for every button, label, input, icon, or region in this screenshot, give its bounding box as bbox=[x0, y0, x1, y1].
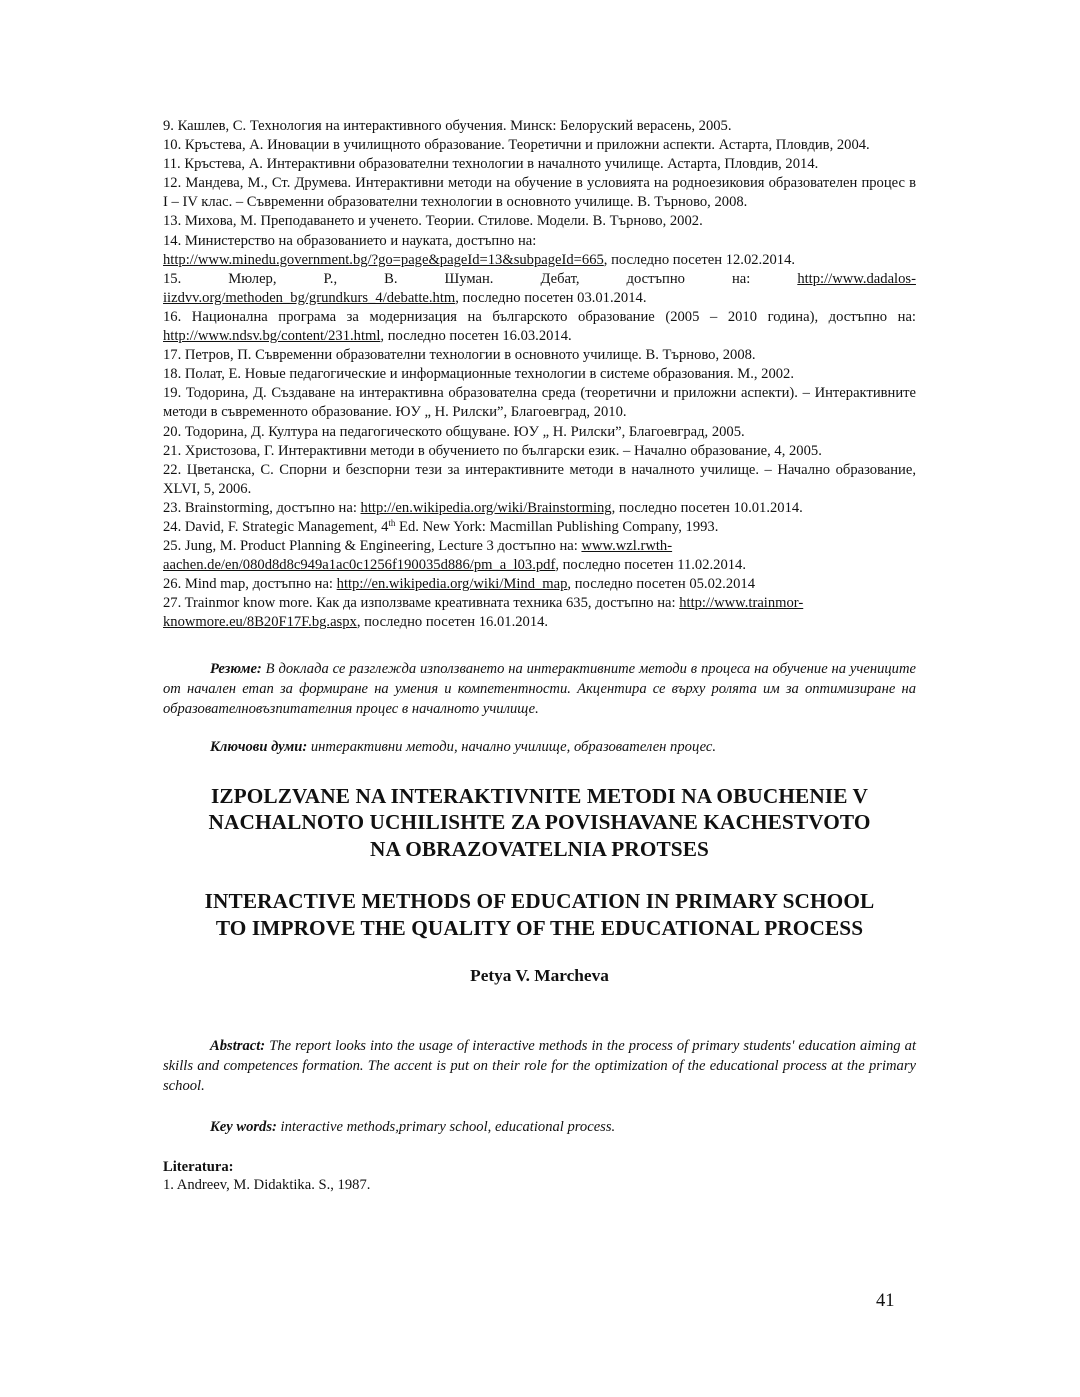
literatura-item: 1. Andreev, M. Didaktika. S., 1987. bbox=[163, 1176, 916, 1195]
reference-link[interactable]: aachen.de/en/080d8d8c949a1ac0c1256f19003… bbox=[163, 557, 555, 573]
reference-link[interactable]: knowmore.eu/8B20F17F.bg.aspx bbox=[163, 614, 357, 630]
keywords-bg-label: Ключови думи: bbox=[210, 739, 307, 755]
reference-text: В. bbox=[384, 270, 397, 289]
reference-item: 23. Brainstorming, достъпно на: http://e… bbox=[163, 499, 916, 518]
reference-item: 9. Кашлев, С. Технология на интерактивно… bbox=[163, 117, 916, 136]
title-line: TO IMPROVE THE QUALITY OF THE EDUCATIONA… bbox=[163, 915, 916, 942]
reference-text: Мюлер, bbox=[228, 270, 276, 289]
title-line: INTERACTIVE METHODS OF EDUCATION IN PRIM… bbox=[163, 888, 916, 915]
reference-text: 16. Национална програма за модернизация … bbox=[163, 309, 916, 325]
reference-link[interactable]: http://www.ndsv.bg/content/231.html bbox=[163, 328, 380, 344]
reference-item: 21. Христозова, Г. Интерактивни методи в… bbox=[163, 442, 916, 461]
reference-text: достъпно bbox=[627, 270, 685, 289]
reference-text: 23. Brainstorming, достъпно на: bbox=[163, 500, 361, 516]
page-number: 41 bbox=[876, 1291, 895, 1312]
reference-text: 24. David, F. Strategic Management, 4 bbox=[163, 519, 388, 535]
literatura-heading: Literatura: bbox=[163, 1159, 916, 1176]
reference-link[interactable]: http://en.wikipedia.org/wiki/Brainstormi… bbox=[361, 500, 612, 516]
reference-item: 16. Национална програма за модернизация … bbox=[163, 308, 916, 346]
title-transliterated: IZPOLZVANE NA INTERAKTIVNITE METODI NA O… bbox=[163, 783, 916, 863]
reference-text: , последно посетен 16.01.2014. bbox=[357, 614, 548, 630]
reference-item: 22. Цветанска, С. Спорни и безспорни тез… bbox=[163, 461, 916, 499]
reference-item: 24. David, F. Strategic Management, 4th … bbox=[163, 518, 916, 537]
reference-text: , последно посетен 10.01.2014. bbox=[612, 500, 803, 516]
title-english: INTERACTIVE METHODS OF EDUCATION IN PRIM… bbox=[163, 888, 916, 941]
keywords-en-text: interactive methods,primary school, educ… bbox=[277, 1119, 615, 1135]
keywords-bg-text: интерактивни методи, начално училище, об… bbox=[307, 739, 716, 755]
reference-item: 15. Мюлер, Р., В. Шуман. Дебат, достъпно… bbox=[163, 270, 916, 289]
resume-text: В доклада се разглежда използването на и… bbox=[163, 661, 916, 717]
document-page: 9. Кашлев, С. Технология на интерактивно… bbox=[163, 117, 916, 1195]
reference-text: Р., bbox=[324, 270, 338, 289]
reference-item: 19. Тодорина, Д. Създаване на интерактив… bbox=[163, 384, 916, 422]
resume-label: Резюме: bbox=[210, 661, 262, 677]
reference-link[interactable]: http://www.trainmor- bbox=[679, 595, 803, 611]
reference-list-bg: 9. Кашлев, С. Технология на интерактивно… bbox=[163, 117, 916, 633]
reference-item: 25. Jung, M. Product Planning & Engineer… bbox=[163, 537, 916, 575]
reference-item: 14. Министерство на образованието и наук… bbox=[163, 232, 916, 270]
reference-item: 11. Кръстева, А. Интерактивни образовате… bbox=[163, 155, 916, 174]
reference-link[interactable]: http://www.minedu.government.bg/?go=page… bbox=[163, 252, 604, 268]
keywords-en-label: Key words: bbox=[210, 1119, 277, 1135]
reference-text: 26. Mind map, достъпно на: bbox=[163, 576, 337, 592]
reference-link[interactable]: iizdvv.org/methoden_bg/grundkurs_4/debat… bbox=[163, 290, 455, 306]
resume-bg: Резюме: В доклада се разглежда използван… bbox=[163, 659, 916, 719]
keywords-en: Key words: interactive methods,primary s… bbox=[163, 1119, 916, 1136]
reference-item: 10. Кръстева, А. Иновации в училищното о… bbox=[163, 136, 916, 155]
keywords-bg: Ключови думи: интерактивни методи, начал… bbox=[163, 739, 916, 756]
title-line: IZPOLZVANE NA INTERAKTIVNITE METODI NA O… bbox=[163, 783, 916, 810]
reference-item: 12. Мандева, М., Ст. Друмева. Интерактив… bbox=[163, 174, 916, 212]
reference-item: 17. Петров, П. Съвременни образователни … bbox=[163, 346, 916, 365]
reference-text: 25. Jung, M. Product Planning & Engineer… bbox=[163, 538, 581, 554]
title-line: NA OBRAZOVATELNIA PROTSES bbox=[163, 836, 916, 863]
reference-link[interactable]: http://www.dadalos- bbox=[797, 270, 916, 289]
reference-item-continuation: iizdvv.org/methoden_bg/grundkurs_4/debat… bbox=[163, 289, 916, 308]
reference-text: на: bbox=[732, 270, 750, 289]
reference-item: 18. Полат, Е. Новые педагогические и инф… bbox=[163, 365, 916, 384]
abstract-label: Abstract: bbox=[210, 1038, 265, 1054]
reference-text: , последно посетен 12.02.2014. bbox=[604, 252, 795, 268]
reference-link[interactable]: www.wzl.rwth- bbox=[581, 538, 672, 554]
reference-text: 15. bbox=[163, 270, 181, 289]
reference-item: 27. Trainmor know more. Как да използвам… bbox=[163, 594, 916, 632]
author-name: Petya V. Marcheva bbox=[163, 966, 916, 986]
title-line: NACHALNOTO UCHILISHTE ZA POVISHAVANE KAC… bbox=[163, 809, 916, 836]
reference-item: 20. Тодорина, Д. Култура на педагогическ… bbox=[163, 423, 916, 442]
reference-link[interactable]: http://en.wikipedia.org/wiki/Mind_map bbox=[337, 576, 568, 592]
reference-item: 13. Михова, М. Преподаването и ученето. … bbox=[163, 212, 916, 231]
reference-text: Дебат, bbox=[540, 270, 579, 289]
reference-text: , последно посетен 16.03.2014. bbox=[380, 328, 571, 344]
abstract-en: Abstract: The report looks into the usag… bbox=[163, 1036, 916, 1096]
reference-text: , последно посетен 11.02.2014. bbox=[555, 557, 746, 573]
reference-text: Ed. New York: Macmillan Publishing Compa… bbox=[395, 519, 718, 535]
reference-text: , последно посетен 03.01.2014. bbox=[455, 290, 646, 306]
abstract-text: The report looks into the usage of inter… bbox=[163, 1038, 916, 1094]
reference-item: 26. Mind map, достъпно на: http://en.wik… bbox=[163, 575, 916, 594]
reference-text: , последно посетен 05.02.2014 bbox=[567, 576, 755, 592]
reference-text: Шуман. bbox=[445, 270, 494, 289]
reference-text: 27. Trainmor know more. Как да използвам… bbox=[163, 595, 679, 611]
reference-text: 14. Министерство на образованието и наук… bbox=[163, 233, 536, 249]
